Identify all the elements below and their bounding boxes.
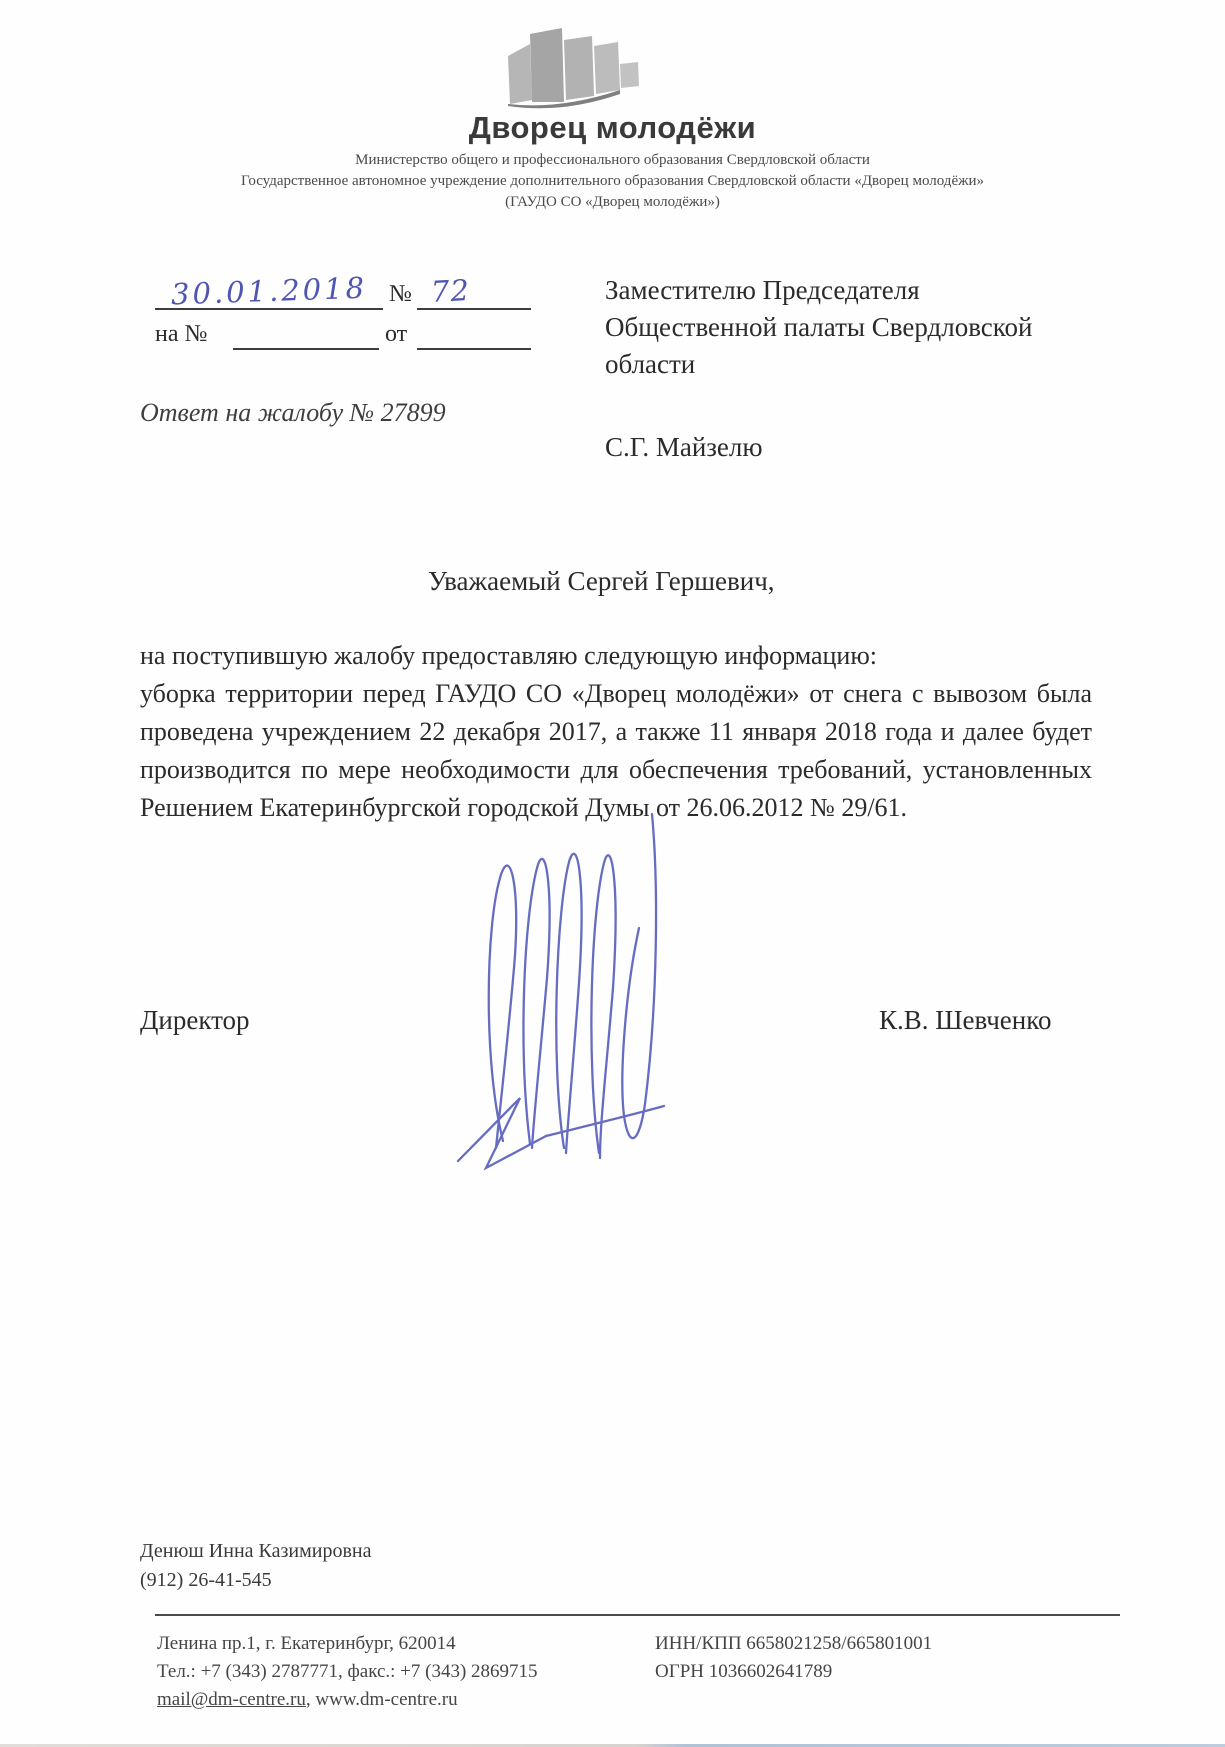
footer-web-line: mail@dm-centre.ru, www.dm-centre.ru: [157, 1686, 538, 1714]
contact-person-block: Денюш Инна Казимировна (912) 26-41-545: [140, 1537, 371, 1595]
handwritten-date: 30.01.2018: [170, 271, 367, 312]
reply-to-complaint-note: Ответ на жалобу № 27899: [140, 398, 446, 428]
org-subtitle-institution: Государственное автономное учреждение до…: [0, 173, 1225, 190]
body-intro-line: на поступившую жалобу предоставляю следу…: [140, 637, 1092, 675]
footer-divider: [155, 1614, 1120, 1616]
footer-inn-kpp: ИНН/КПП 6658021258/665801001: [655, 1630, 932, 1658]
reference-row-incoming: на № от: [155, 316, 535, 350]
incoming-date-field: [417, 330, 531, 350]
palace-of-youth-logo-icon: [500, 26, 650, 114]
signer-name: К.В. Шевченко: [879, 1005, 1051, 1036]
footer-postal-address: Ленина пр.1, г. Екатеринбург, 620014: [157, 1630, 538, 1658]
footer-email: mail@dm-centre.ru: [157, 1689, 306, 1710]
org-subtitle-ministry: Министерство общего и профессионального …: [0, 152, 1225, 169]
handwritten-number: 72: [430, 273, 471, 309]
signer-position-label: Директор: [140, 1005, 250, 1036]
reference-row-date-number: 30.01.2018 № 72: [155, 276, 535, 310]
footer-website: , www.dm-centre.ru: [306, 1689, 458, 1710]
incoming-number-field: [233, 330, 379, 350]
footer-registry-block: ИНН/КПП 6658021258/665801001 ОГРН 103660…: [655, 1630, 932, 1686]
recipient-line: Заместителю Председателя: [605, 272, 1035, 309]
letter-body: на поступившую жалобу предоставляю следу…: [140, 637, 1092, 827]
footer-phones: Тел.: +7 (343) 2787771, факс.: +7 (343) …: [157, 1658, 538, 1686]
handwritten-signature: [428, 806, 718, 1196]
footer-ogrn: ОГРН 1036602641789: [655, 1658, 932, 1686]
salutation: Уважаемый Сергей Гершевич,: [428, 566, 775, 597]
recipient-address: Заместителю Председателя Общественной па…: [605, 272, 1035, 383]
recipient-line: Общественной палаты Свердловской: [605, 309, 1035, 346]
date-field: 30.01.2018: [155, 274, 383, 310]
footer-address-block: Ленина пр.1, г. Екатеринбург, 620014 Тел…: [157, 1630, 538, 1714]
from-label: от: [385, 321, 407, 348]
contact-person-phone: (912) 26-41-545: [140, 1566, 371, 1595]
on-number-label: на №: [155, 321, 207, 348]
org-subtitle-abbrev: (ГАУДО СО «Дворец молодёжи»): [0, 194, 1225, 211]
recipient-name: С.Г. Майзелю: [605, 432, 763, 463]
org-title: Дворец молодёжи: [0, 110, 1225, 146]
contact-person-name: Денюш Инна Казимировна: [140, 1537, 371, 1566]
number-sign-label: №: [389, 281, 412, 308]
number-field: 72: [417, 274, 531, 310]
recipient-line: области: [605, 346, 1035, 383]
body-paragraph: уборка территории перед ГАУДО СО «Дворец…: [140, 675, 1092, 827]
scanned-letter-page: Дворец молодёжи Министерство общего и пр…: [0, 0, 1225, 1747]
